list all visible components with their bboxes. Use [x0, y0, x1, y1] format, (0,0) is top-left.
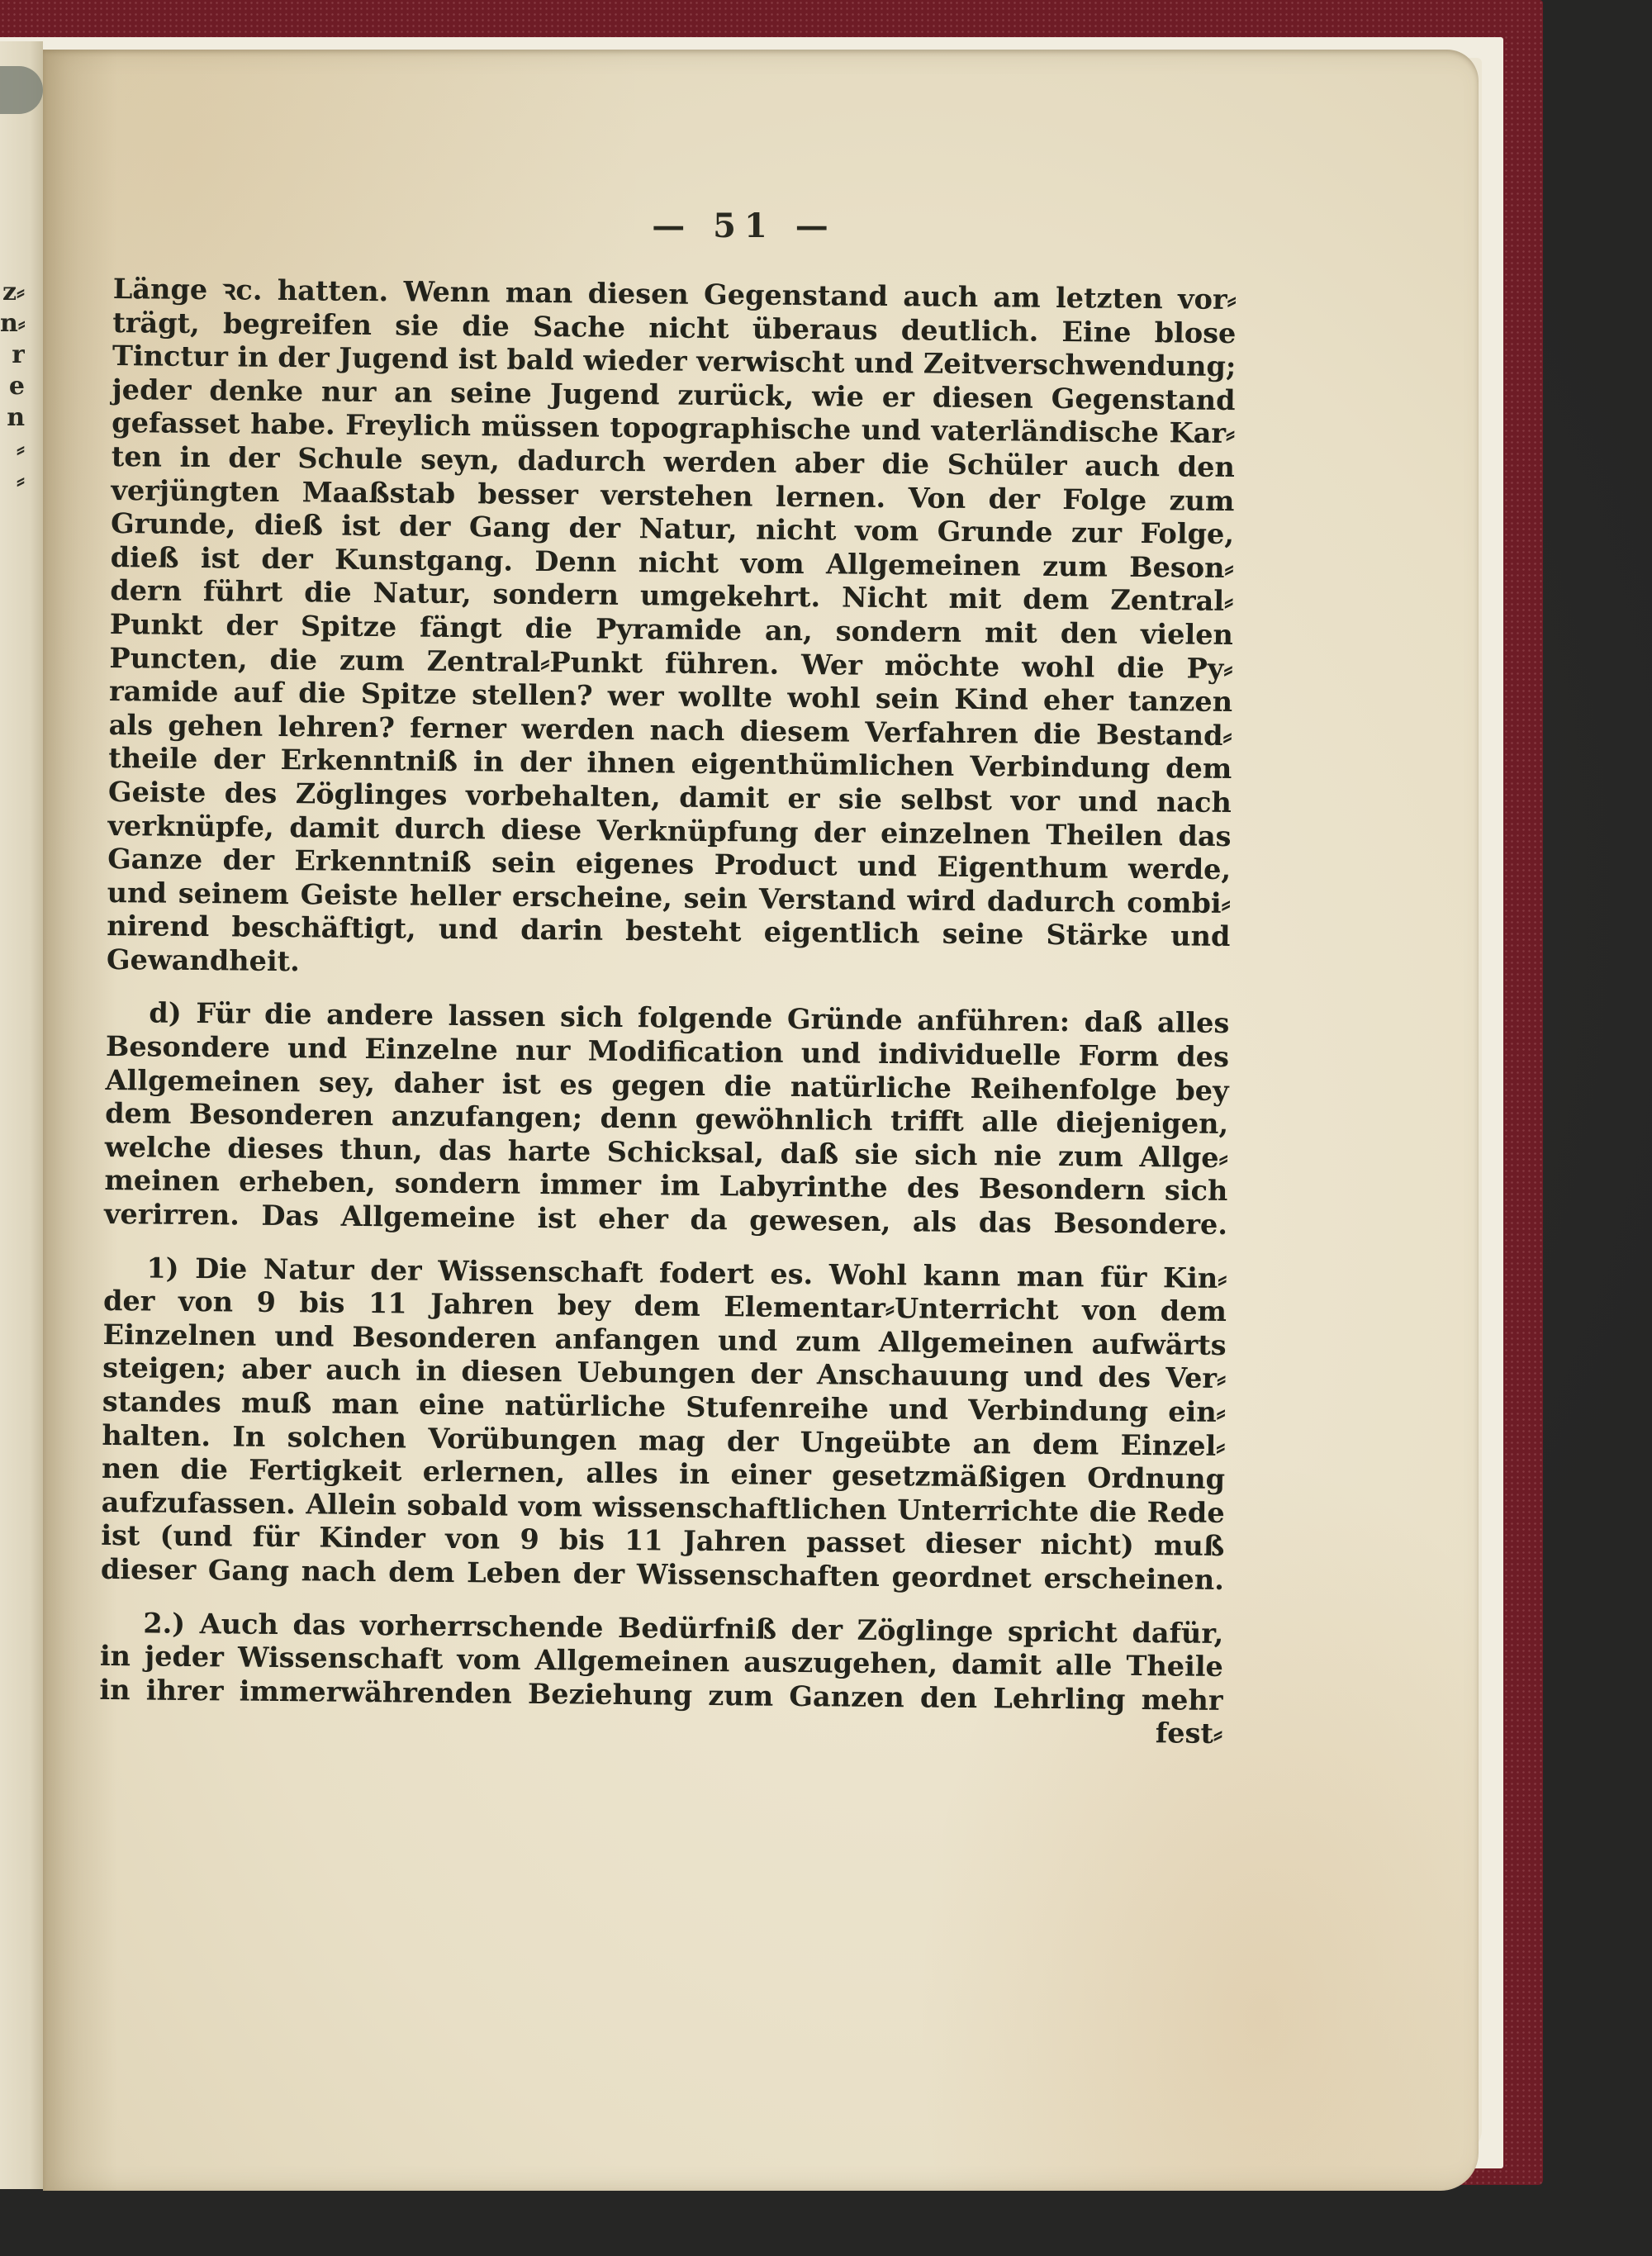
- scan-background: z⸗ n⸗ r e n ⸗ ⸗ — 51 — Länge ꝛc. hatten.…: [0, 0, 1652, 2256]
- left-page-glyphs: z⸗ n⸗ r e n ⸗ ⸗: [0, 277, 25, 496]
- adjacent-left-page: z⸗ n⸗ r e n ⸗ ⸗: [0, 41, 43, 2189]
- left-glyph: n: [0, 402, 25, 434]
- paragraph-d: d) Für die andere lassen sich folgende G…: [104, 996, 1230, 1242]
- book-page: — 51 — Länge ꝛc. hatten. Wenn man diesen…: [43, 50, 1479, 2191]
- left-page-tab: [0, 66, 43, 114]
- left-glyph: n⸗: [0, 308, 25, 340]
- paragraph-1: Länge ꝛc. hatten. Wenn man diesen Gegens…: [107, 273, 1237, 987]
- paragraph-2-numbered: 2.) Auch das vorherrschende Bedürfniß de…: [99, 1606, 1223, 1717]
- left-glyph: e: [0, 371, 25, 402]
- page-number: — 51 —: [26, 207, 1462, 245]
- left-glyph: r: [0, 340, 25, 371]
- paragraph-1-numbered: 1) Die Natur der Wissenschaft fodert es.…: [101, 1251, 1227, 1598]
- left-glyph: ⸗: [0, 434, 25, 465]
- left-glyph: ⸗: [0, 465, 25, 496]
- left-glyph: z⸗: [0, 277, 25, 308]
- page-body: Länge ꝛc. hatten. Wenn man diesen Gegens…: [99, 273, 1237, 1751]
